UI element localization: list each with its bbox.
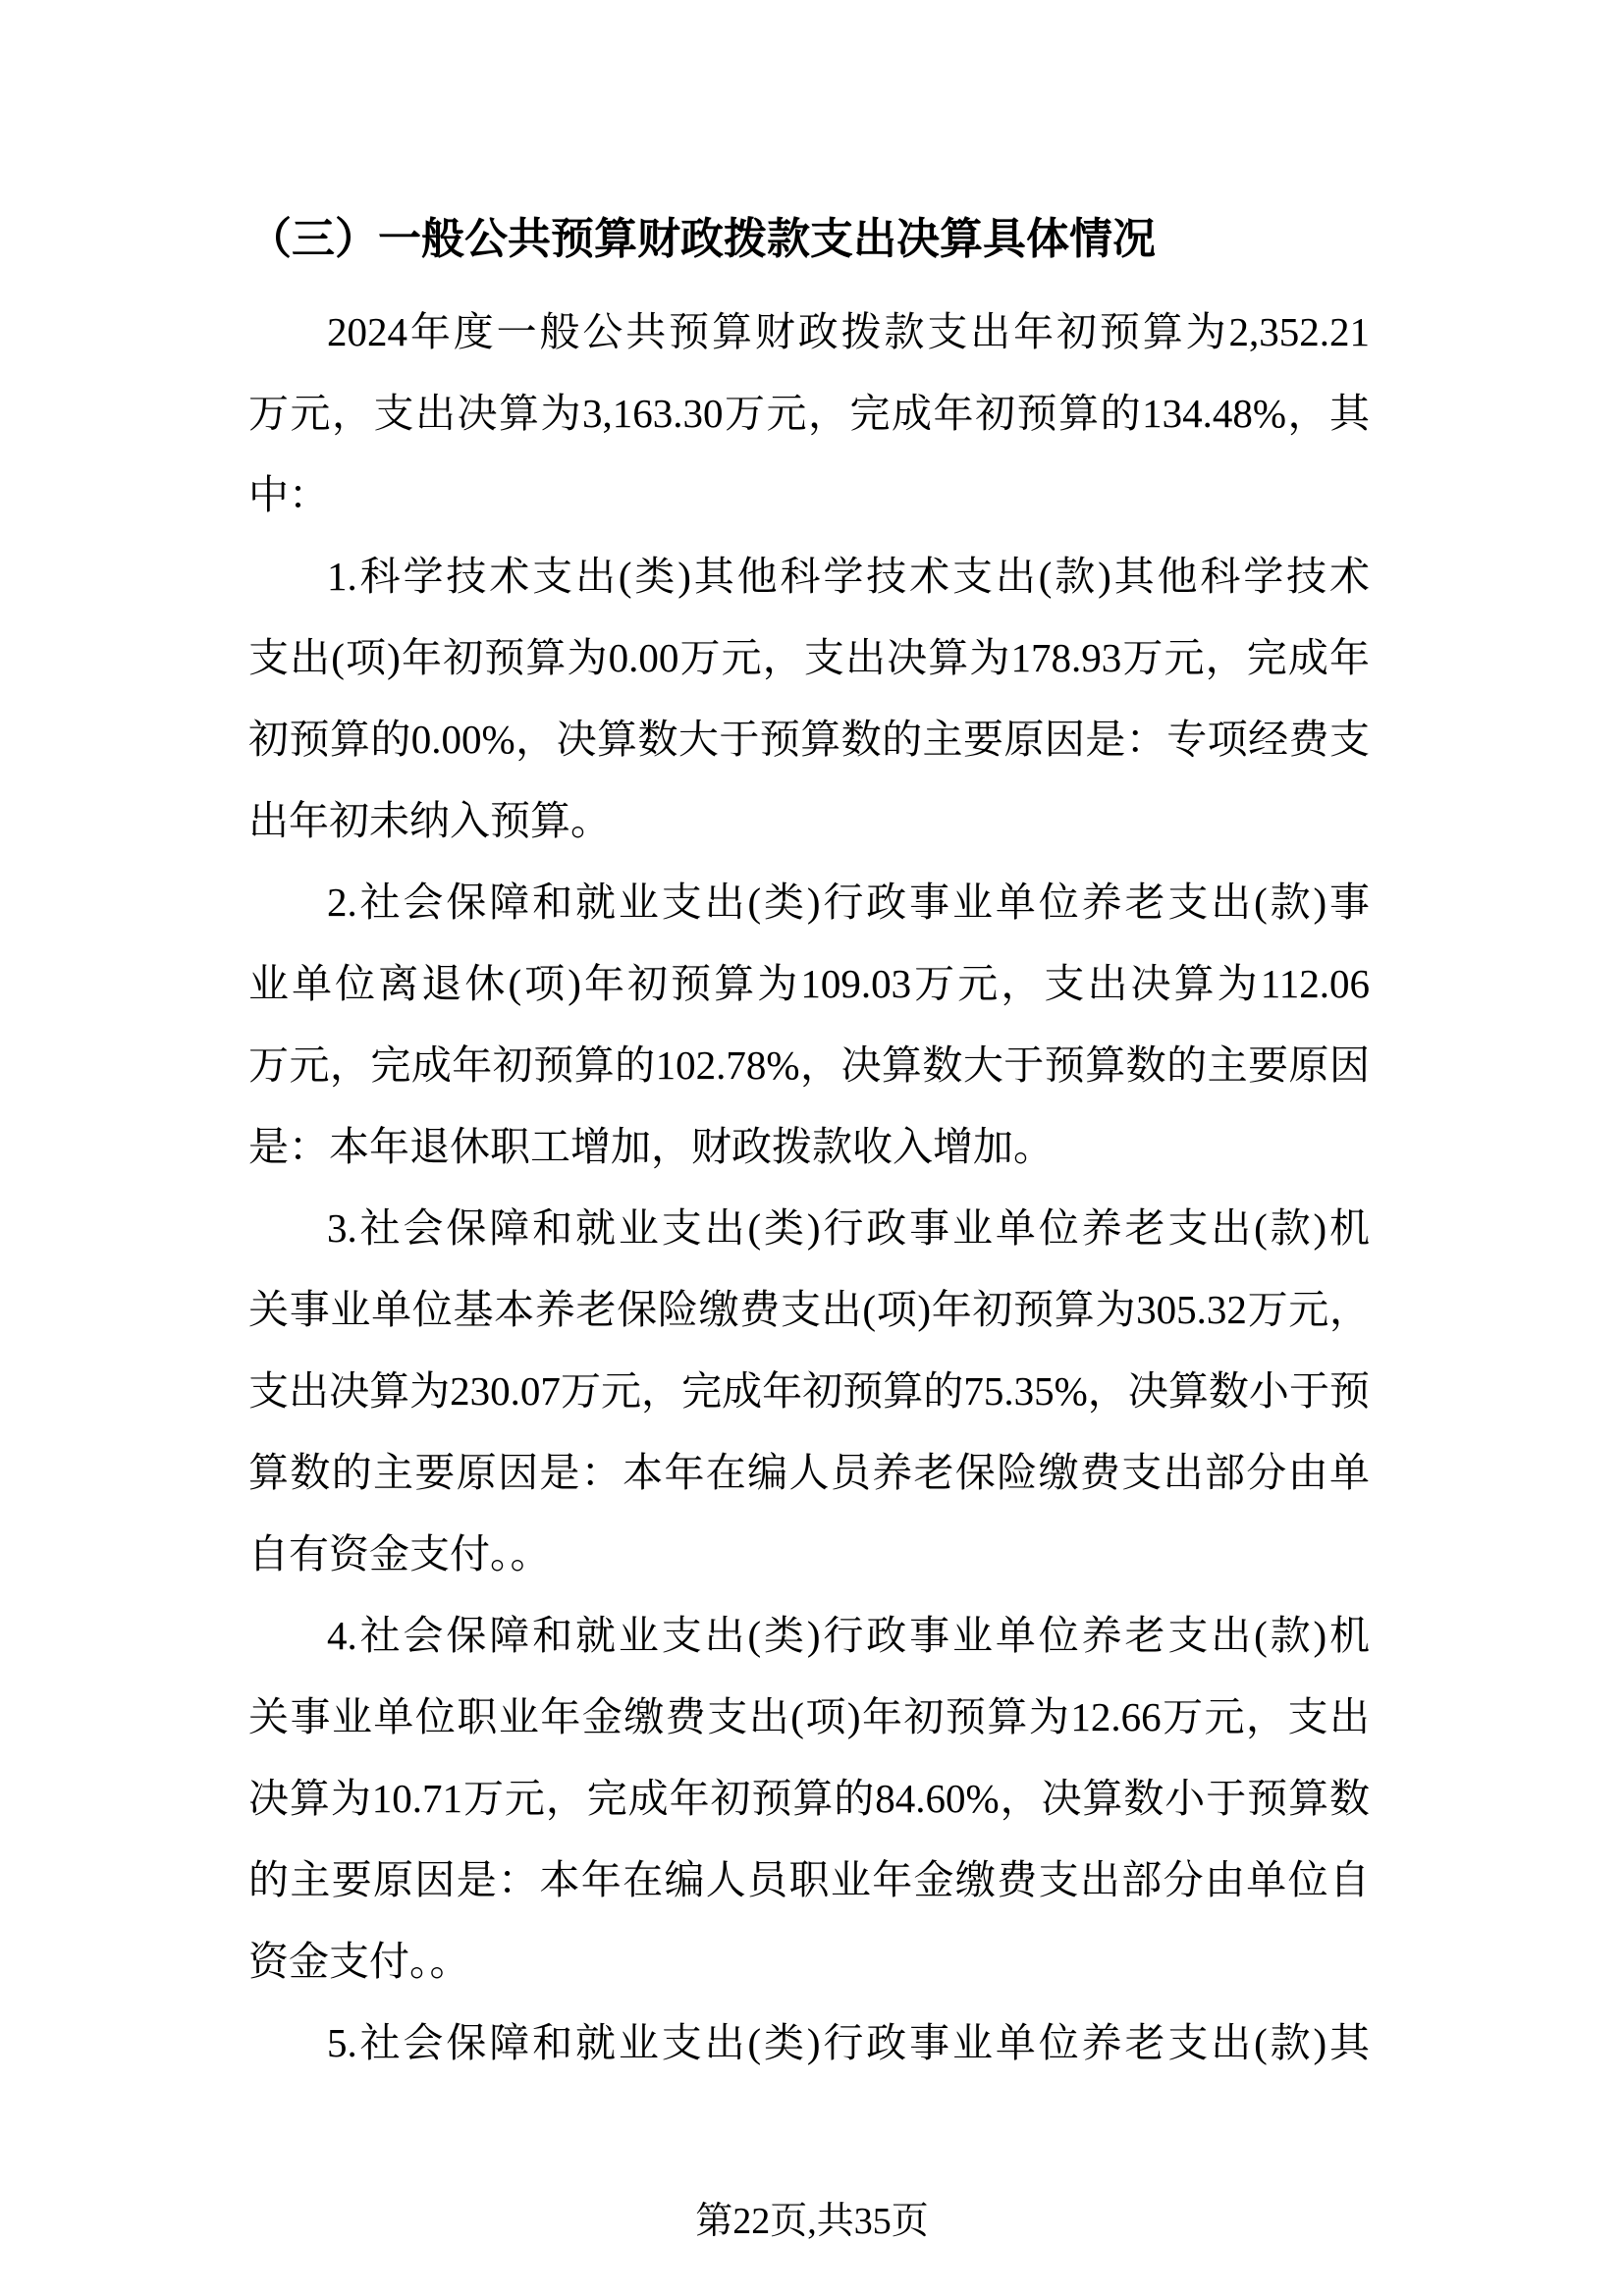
text-line: 2024年度一般公共预算财政拨款支出年初预算为2,352.21 [248,292,1370,373]
text-line: 出年初未纳入预算。 [248,780,1370,862]
page-number: 第22页,共35页 [0,2197,1624,2246]
text-line: 3.社会保障和就业支出(类)行政事业单位养老支出(款)机 [248,1188,1370,1269]
text-line: 万元，完成年初预算的102.78%，决算数大于预算数的主要原因 [248,1025,1370,1106]
text-line: 是：本年退休职工增加，财政拨款收入增加。 [248,1106,1370,1188]
text-line: 关事业单位基本养老保险缴费支出(项)年初预算为305.32万元， [248,1269,1370,1351]
text-line: 万元，支出决算为3,163.30万元，完成年初预算的134.48%，其 [248,373,1370,454]
text-line: 支出决算为230.07万元，完成年初预算的75.35%，决算数小于预 [248,1351,1370,1432]
text-line: 自有资金支付。。 [248,1514,1370,1595]
text-line: 支出(项)年初预算为0.00万元，支出决算为178.93万元，完成年 [248,617,1370,699]
text-line: 关事业单位职业年金缴费支出(项)年初预算为12.66万元，支出 [248,1677,1370,1758]
text-line: 业单位离退休(项)年初预算为109.03万元，支出决算为112.06 [248,943,1370,1025]
body-text: 2024年度一般公共预算财政拨款支出年初预算为2,352.21万元，支出决算为3… [248,292,1370,2084]
text-line: 1.科学技术支出(类)其他科学技术支出(款)其他科学技术 [248,536,1370,617]
text-line: 资金支付。。 [248,1921,1370,2002]
text-line: 初预算的0.00%，决算数大于预算数的主要原因是：专项经费支 [248,699,1370,780]
text-line: 中： [248,454,1370,536]
text-line: 5.社会保障和就业支出(类)行政事业单位养老支出(款)其 [248,2002,1370,2084]
text-line: 的主要原因是：本年在编人员职业年金缴费支出部分由单位自有 [248,1840,1370,1921]
document-page: （三）一般公共预算财政拨款支出决算具体情况 2024年度一般公共预算财政拨款支出… [0,0,1624,2296]
text-line: 2.社会保障和就业支出(类)行政事业单位养老支出(款)事 [248,862,1370,943]
text-line: 算数的主要原因是：本年在编人员养老保险缴费支出部分由单位 [248,1432,1370,1514]
text-line: 4.社会保障和就业支出(类)行政事业单位养老支出(款)机 [248,1595,1370,1677]
text-line: 决算为10.71万元，完成年初预算的84.60%，决算数小于预算数 [248,1758,1370,1840]
section-heading: （三）一般公共预算财政拨款支出决算具体情况 [248,211,1370,268]
